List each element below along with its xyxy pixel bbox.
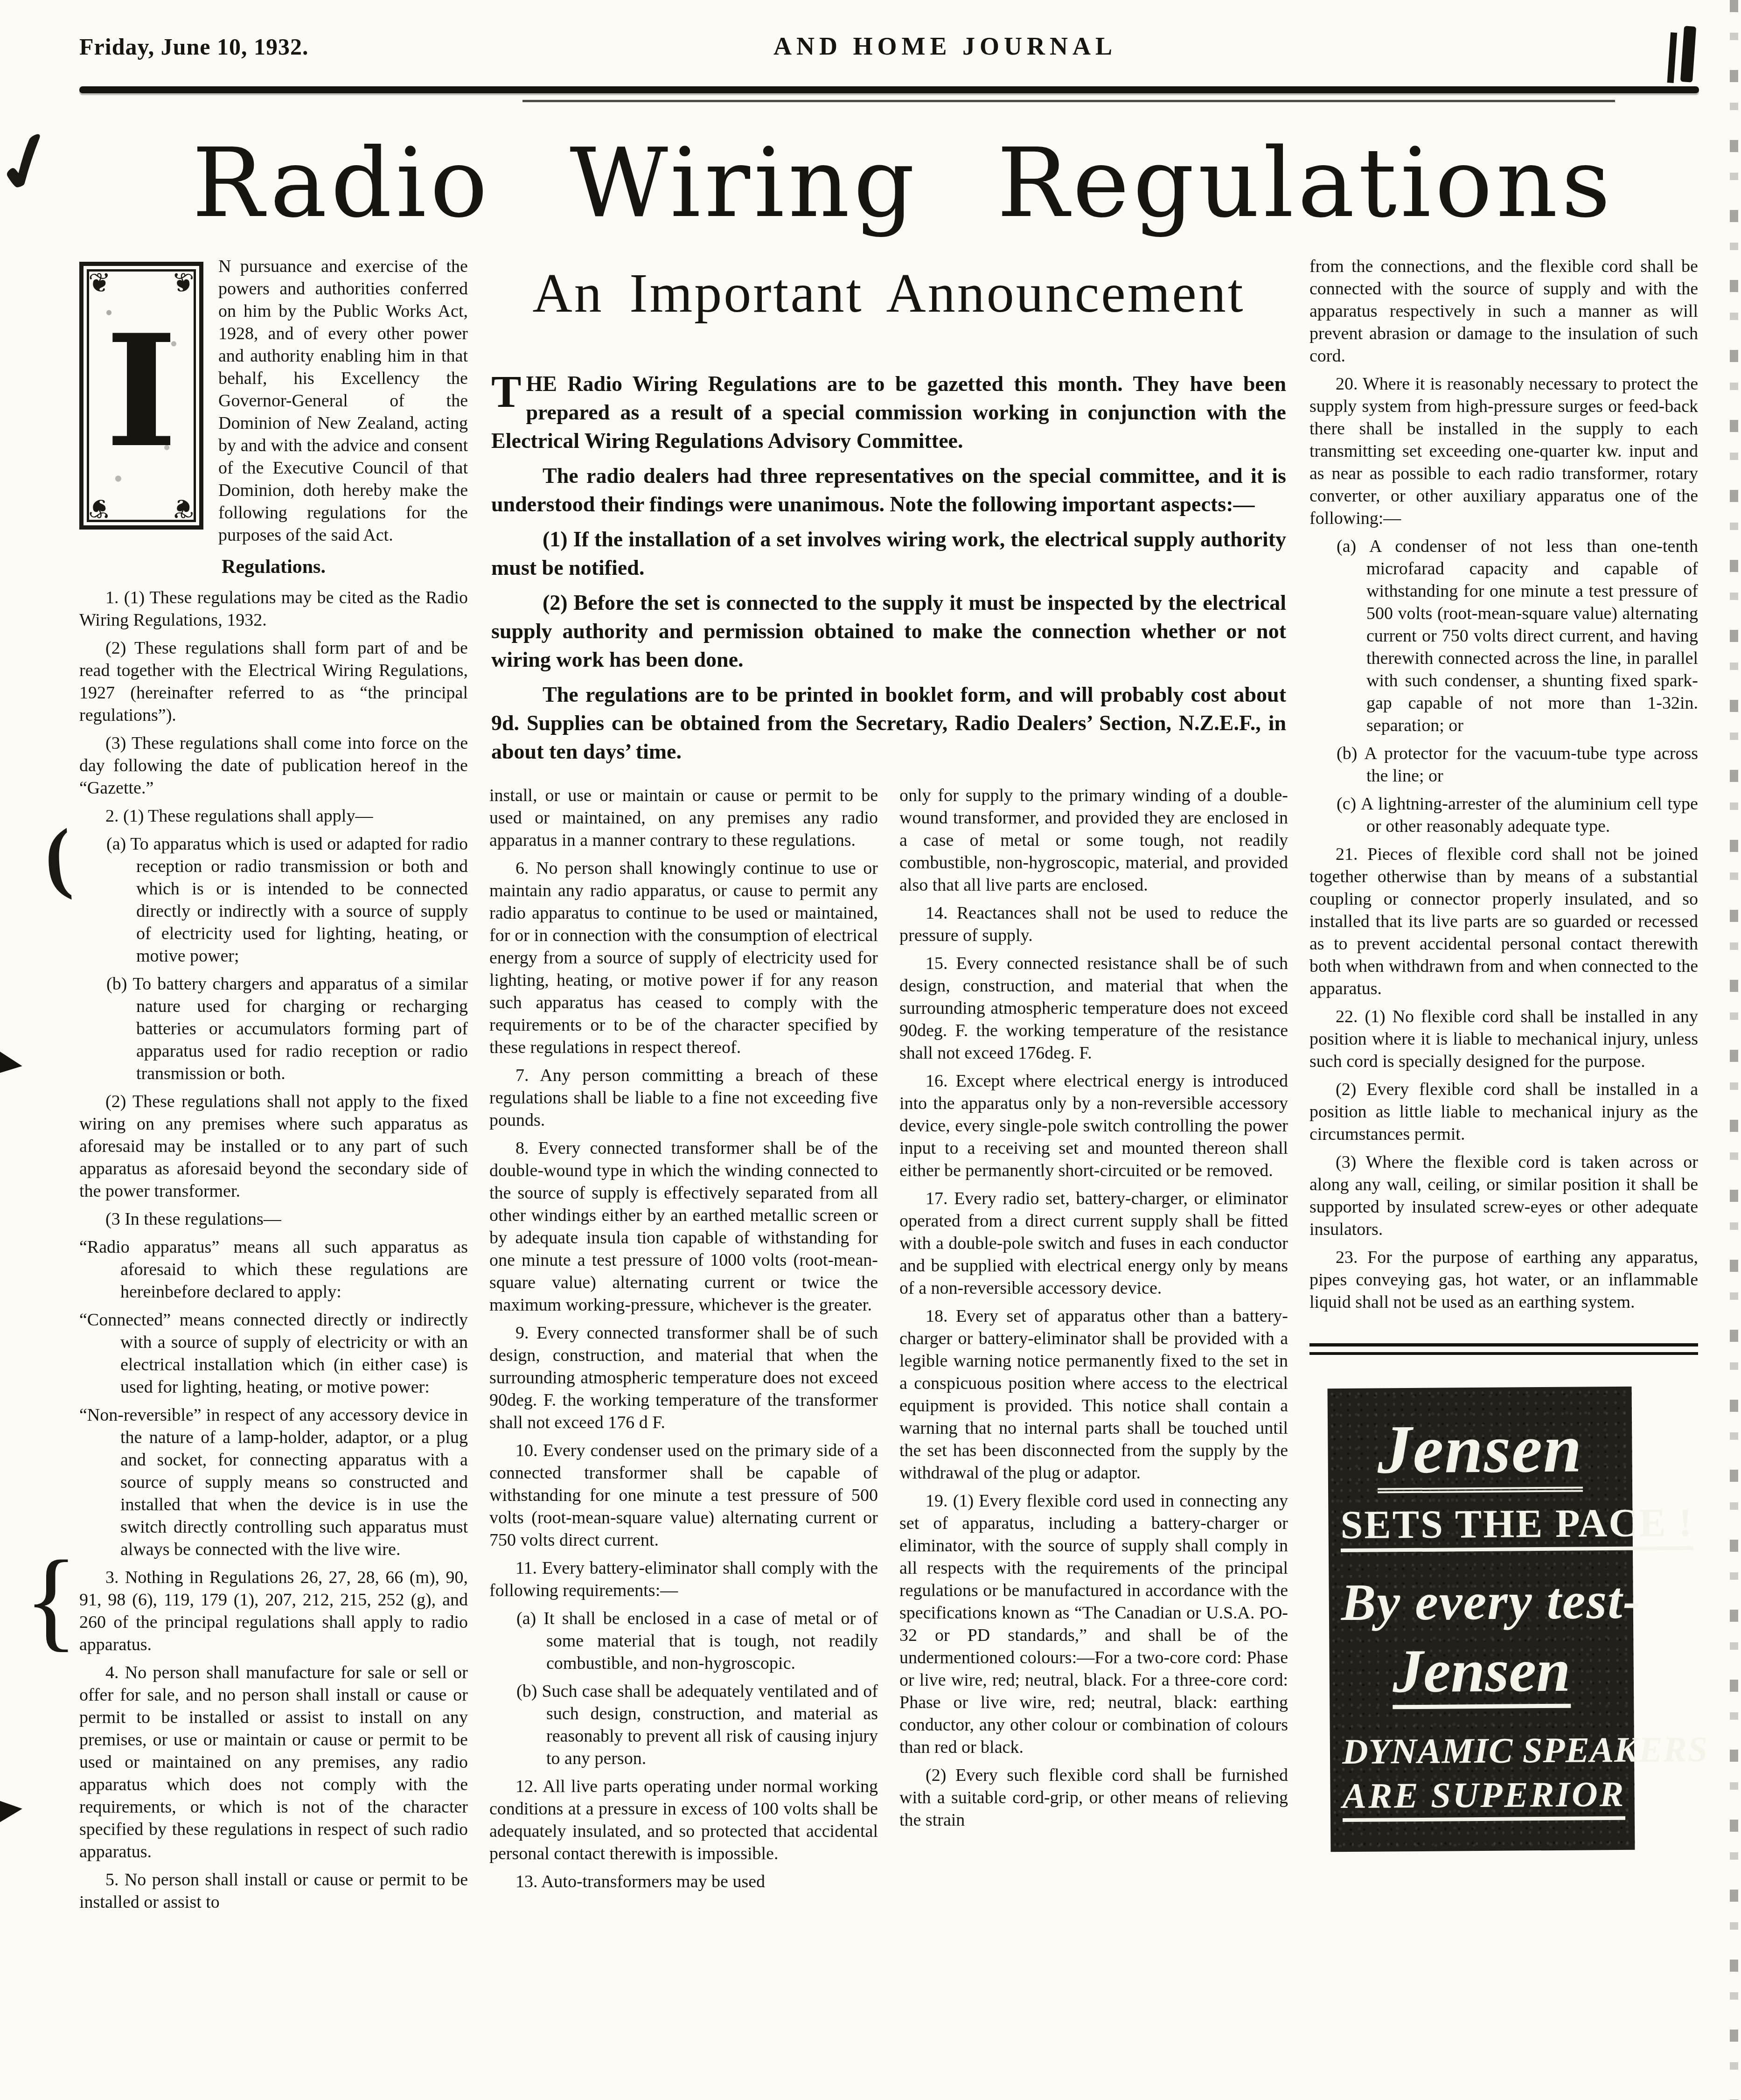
- floral-ornament-icon: ❦: [88, 495, 111, 522]
- paragraph: 18. Every set of apparatus other than a …: [899, 1305, 1288, 1484]
- paragraph: 19. (1) Every flexible cord used in conn…: [899, 1490, 1288, 1758]
- spacer: [491, 772, 1286, 784]
- paragraph: (2) Before the set is connected to the s…: [491, 588, 1286, 674]
- paragraph: (b) Such case shall be adequately ventil…: [489, 1680, 878, 1770]
- paragraph: 16. Except where electrical energy is in…: [899, 1070, 1288, 1182]
- dateline: Friday, June 10, 1932.: [79, 33, 546, 60]
- masthead: AND HOME JOURNAL: [546, 32, 1344, 61]
- column-2: install, or use or maintain or cause or …: [489, 784, 878, 1898]
- announcement: An Important Announcement THE Radio Wiri…: [489, 262, 1288, 784]
- paragraph: “Non-reversible” in respect of any acces…: [79, 1404, 468, 1561]
- paragraph: 14. Reactances shall not be used to redu…: [899, 902, 1288, 947]
- column-3: only for supply to the primary winding o…: [899, 784, 1288, 1837]
- paragraph: (a) It shall be enclosed in a case of me…: [489, 1607, 878, 1674]
- paragraph: (2) Every such flexible cord shall be fu…: [899, 1764, 1288, 1831]
- paragraph: (2) These regulations shall not apply to…: [79, 1090, 468, 1202]
- paragraph: 10. Every condenser used on the primary …: [489, 1439, 878, 1551]
- page-title: Radio Wiring Regulations: [107, 128, 1699, 239]
- paragraph: 6. No person shall knowingly continue to…: [489, 857, 878, 1059]
- column-4-paragraphs: from the connections, and the flexible c…: [1309, 255, 1698, 1313]
- paragraph: The radio dealers had three representati…: [491, 461, 1286, 518]
- column-1-paragraphs: 1. (1) These regulations may be cited as…: [79, 586, 468, 1913]
- paragraph: 2. (1) These regulations shall apply—: [79, 805, 468, 827]
- paragraph: 12. All live parts operating under norma…: [489, 1775, 878, 1865]
- paragraph: 4. No person shall manufacture for sale …: [79, 1661, 468, 1863]
- paragraph: only for supply to the primary winding o…: [899, 784, 1288, 896]
- paragraph: from the connections, and the flexible c…: [1309, 255, 1698, 367]
- paragraph: “Radio apparatus” means all such apparat…: [79, 1236, 468, 1303]
- drop-cap-letter: I: [105, 314, 177, 468]
- intro-text: N pursuance and exercise of the powers a…: [218, 257, 468, 545]
- paragraph: 1. (1) These regulations may be cited as…: [79, 586, 468, 631]
- paragraph: 11. Every battery-eliminator shall compl…: [489, 1557, 878, 1602]
- paragraph: (c) A lightning-arrester of the aluminiu…: [1309, 793, 1698, 837]
- paragraph: DYNAMIC SPEAKERS: [1342, 1730, 1708, 1772]
- floral-ornament-icon: ❦: [88, 270, 111, 297]
- paragraph: “Connected” means connected directly or …: [79, 1309, 468, 1398]
- paragraph: install, or use or maintain or cause or …: [489, 784, 878, 851]
- paragraph: (3 In these regulations—: [79, 1208, 468, 1230]
- paragraph: 13. Auto-transformers may be used: [489, 1870, 878, 1893]
- article-columns: ❦ ❦ I ❦ ❦ N pursuance and exercise of th…: [79, 255, 1699, 1919]
- paragraph: (3) These regulations shall come into fo…: [79, 732, 468, 799]
- newspaper-page: { "header": { "dateline": "Friday, June …: [0, 0, 1741, 2100]
- regulations-heading: Regulations.: [79, 556, 468, 578]
- announcement-body: THE Radio Wiring Regulations are to be g…: [491, 370, 1286, 766]
- paragraph: (a) To apparatus which is used or adapte…: [79, 833, 468, 967]
- paragraph: Jensen: [1393, 1640, 1571, 1709]
- paragraph: 7. Any person committing a breach of the…: [489, 1064, 878, 1131]
- paragraph: ARE SUPERIOR: [1342, 1774, 1625, 1822]
- paragraph: 20. Where it is reasonably necessary to …: [1309, 373, 1698, 530]
- paragraph: 22. (1) No flexible cord shall be instal…: [1309, 1005, 1698, 1073]
- jensen-advertisement: JensenSETS THE PACE !By every test-Jense…: [1328, 1387, 1635, 1852]
- paragraph: (3) Where the flexible cord is taken acr…: [1309, 1151, 1698, 1241]
- middle-section: An Important Announcement THE Radio Wiri…: [489, 255, 1288, 1898]
- page: Friday, June 10, 1932. AND HOME JOURNAL …: [0, 0, 1741, 2100]
- paragraph: (1) If the installation of a set involve…: [491, 525, 1286, 582]
- paragraph: 5. No person shall install or cause or p…: [79, 1869, 468, 1913]
- ornate-initial: ❦ ❦ I ❦ ❦: [79, 262, 203, 530]
- paragraph: 3. Nothing in Regulations 26, 27, 28, 66…: [79, 1566, 468, 1656]
- paragraph: THE Radio Wiring Regulations are to be g…: [491, 370, 1286, 455]
- header-rule-secondary: [522, 100, 1615, 102]
- paragraph: (b) To battery chargers and apparatus of…: [79, 973, 468, 1085]
- intro-paragraph: ❦ ❦ I ❦ ❦ N pursuance and exercise of th…: [79, 255, 468, 546]
- paragraph: (b) A protector for the vacuum-tube type…: [1309, 742, 1698, 787]
- paragraph: (2) These regulations shall form part of…: [79, 637, 468, 726]
- paragraph: Jensen: [1377, 1414, 1583, 1493]
- floral-ornament-icon: ❦: [172, 495, 195, 522]
- column-1: ❦ ❦ I ❦ ❦ N pursuance and exercise of th…: [79, 255, 468, 1919]
- advert-divider-rule: [1309, 1343, 1698, 1355]
- paragraph: 23. For the purpose of earthing any appa…: [1309, 1246, 1698, 1313]
- announcement-title: An Important Announcement: [491, 262, 1286, 325]
- paragraph: 15. Every connected resistance shall be …: [899, 952, 1288, 1064]
- paragraph: 9. Every connected transformer shall be …: [489, 1322, 878, 1434]
- paragraph: By every test-: [1341, 1575, 1641, 1629]
- middle-columns: install, or use or maintain or cause or …: [489, 784, 1288, 1898]
- paragraph: 21. Pieces of flexible cord shall not be…: [1309, 843, 1698, 1000]
- paragraph: (2) Every flexible cord shall be install…: [1309, 1078, 1698, 1145]
- paragraph: (a) A condenser of not less than one-ten…: [1309, 535, 1698, 737]
- column-4: from the connections, and the flexible c…: [1309, 255, 1698, 1851]
- paragraph: SETS THE PACE !: [1340, 1501, 1693, 1553]
- page-header: Friday, June 10, 1932. AND HOME JOURNAL: [79, 32, 1699, 61]
- header-rule: [79, 86, 1699, 93]
- paragraph: The regulations are to be printed in boo…: [491, 680, 1286, 766]
- paragraph: 17. Every radio set, battery-charger, or…: [899, 1187, 1288, 1299]
- paragraph: 8. Every connected transformer shall be …: [489, 1137, 878, 1316]
- floral-ornament-icon: ❦: [172, 270, 195, 297]
